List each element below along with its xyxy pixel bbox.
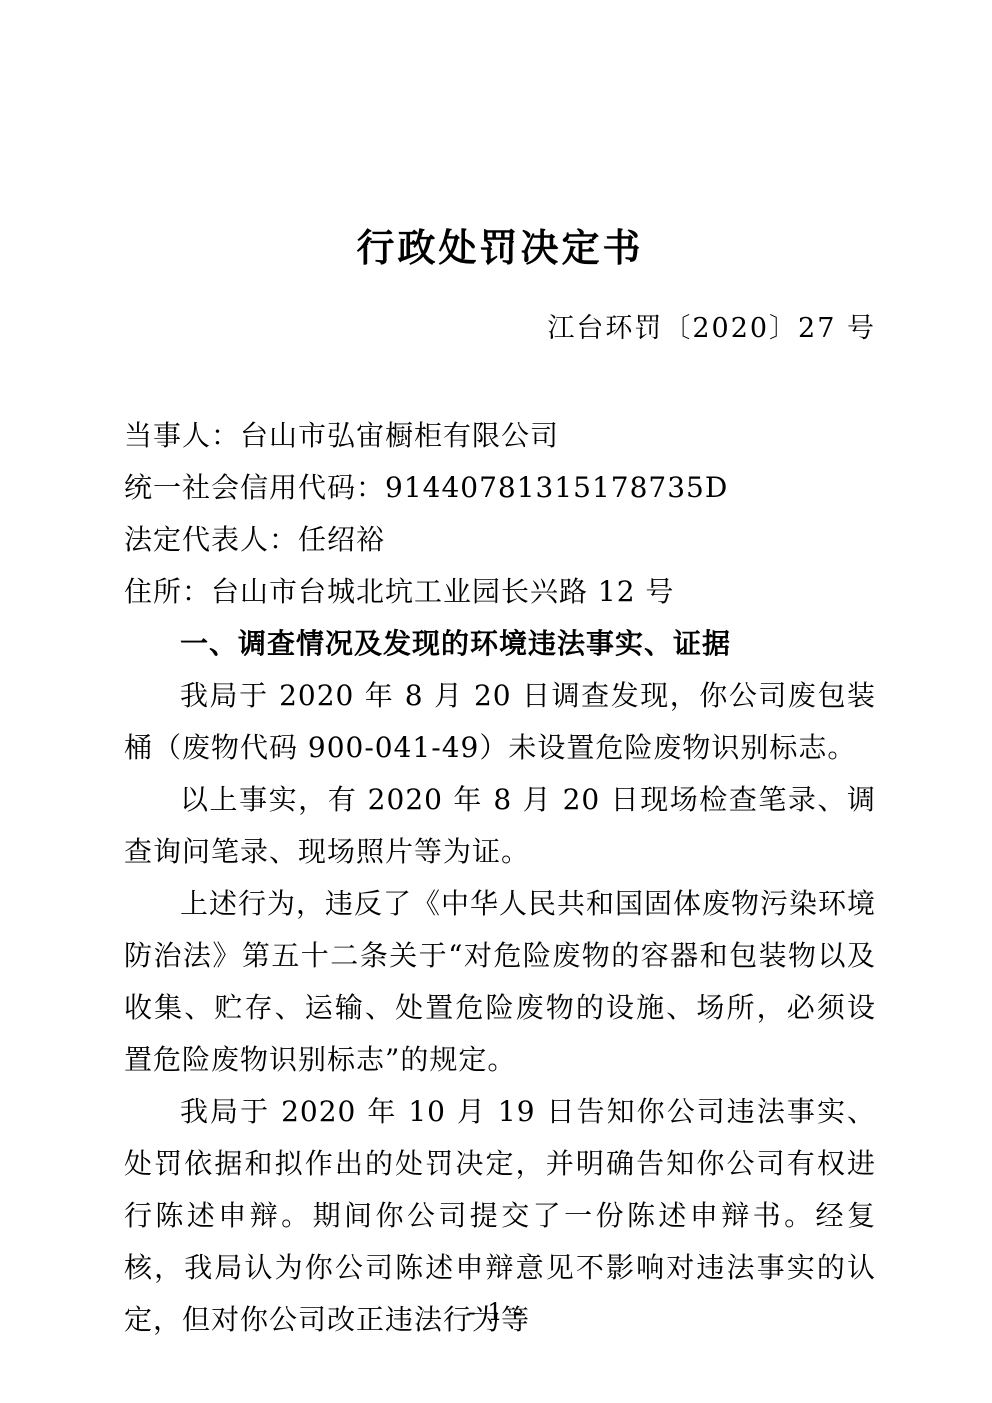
document-page: 行政处罚决定书 江台环罚〔2020〕27 号 当事人：台山市弘宙橱柜有限公司 统… [0, 0, 992, 1403]
address-line: 住所：台山市台城北坑工业园长兴路 12 号 [124, 566, 876, 618]
credit-code-line: 统一社会信用代码：91440781315178735D [124, 462, 876, 514]
party-line: 当事人：台山市弘宙橱柜有限公司 [124, 410, 876, 462]
legal-representative-line: 法定代表人：任绍裕 [124, 514, 876, 566]
document-body: 当事人：台山市弘宙橱柜有限公司 统一社会信用代码：914407813151787… [124, 410, 876, 1346]
paragraph-law-violated: 上述行为，违反了《中华人民共和国固体废物污染环境防治法》第五十二条关于“对危险废… [124, 878, 876, 1086]
document-title: 行政处罚决定书 [124, 0, 876, 274]
paragraph-findings: 我局于 2020 年 8 月 20 日调查发现，你公司废包装桶（废物代码 900… [124, 670, 876, 774]
section-heading-investigation: 一、调查情况及发现的环境违法事实、证据 [124, 618, 876, 670]
page-number: - 1 - [0, 1298, 992, 1326]
document-content: 行政处罚决定书 江台环罚〔2020〕27 号 当事人：台山市弘宙橱柜有限公司 统… [124, 0, 876, 1346]
paragraph-evidence: 以上事实，有 2020 年 8 月 20 日现场检查笔录、调查询问笔录、现场照片… [124, 774, 876, 878]
document-number: 江台环罚〔2020〕27 号 [124, 312, 876, 346]
